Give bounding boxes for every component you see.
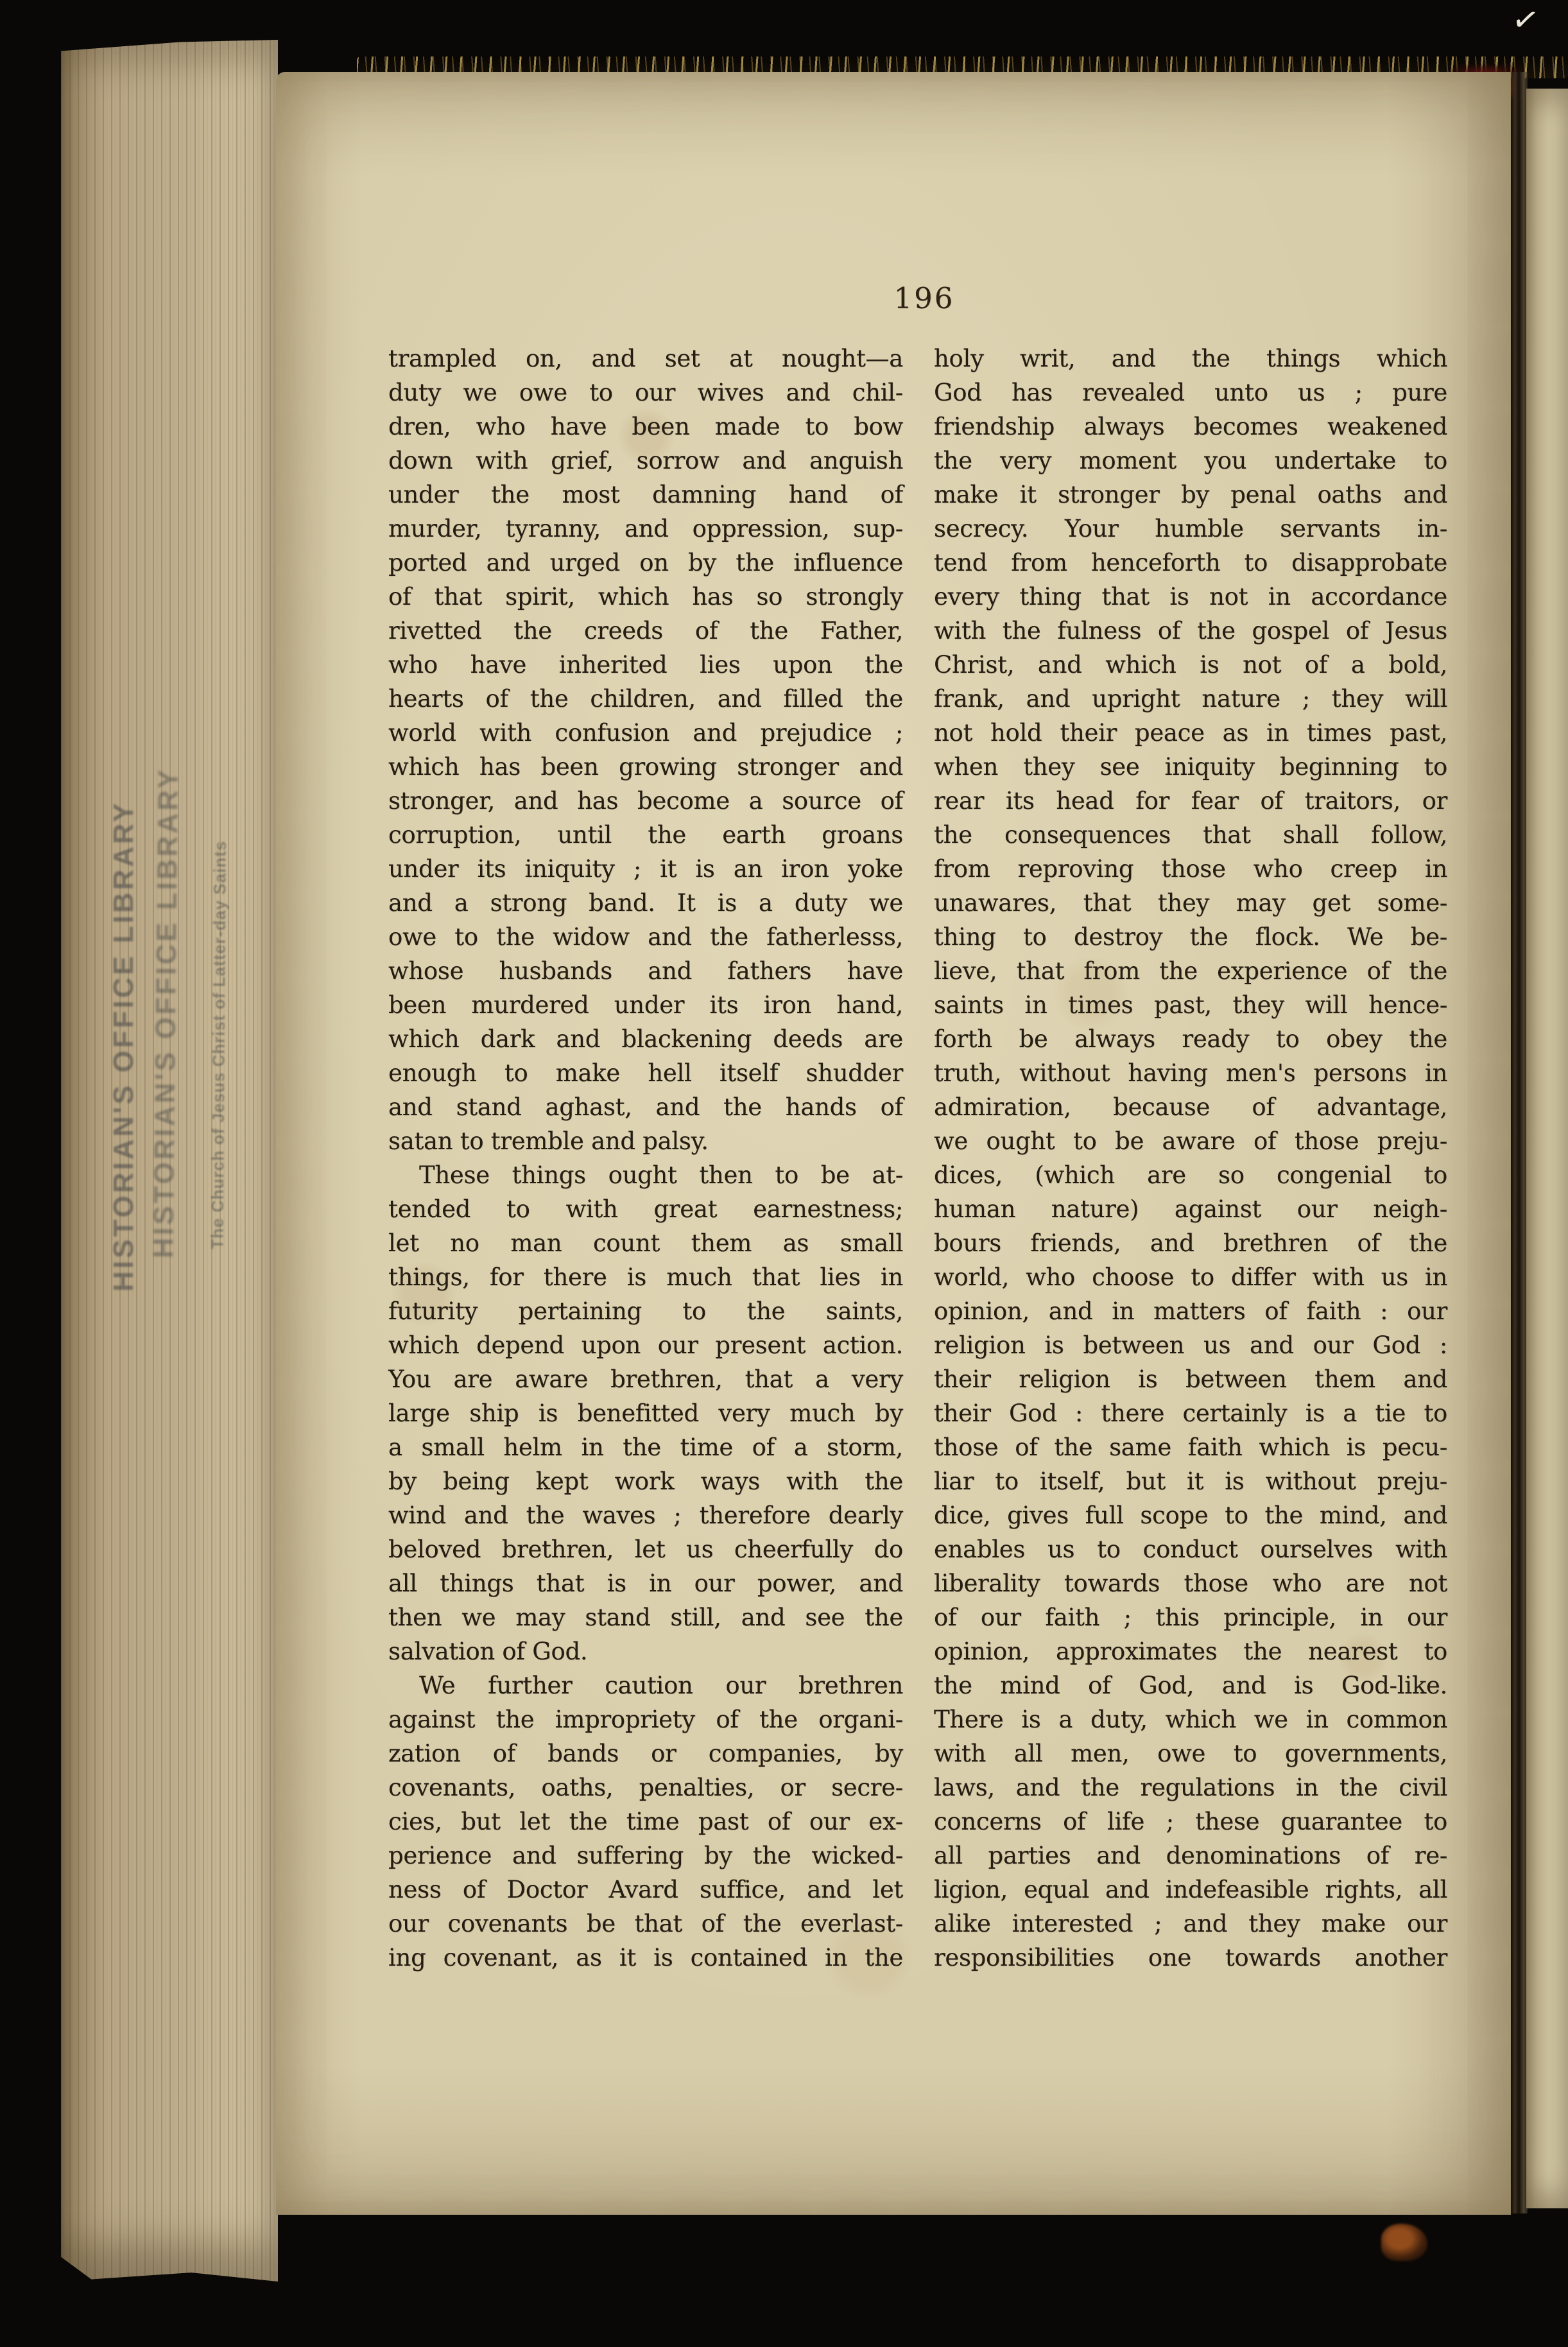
- text-line: zation of bands or companies, by: [388, 1736, 903, 1771]
- text-line: liar to itself, but it is without preju-: [934, 1464, 1447, 1498]
- text-line: stronger, and has become a source of: [388, 784, 903, 818]
- text-line: all things that is in our power, and: [388, 1566, 903, 1600]
- text-line: We further caution our brethren: [388, 1668, 903, 1702]
- text-line: duty we owe to our wives and chil-: [388, 376, 903, 410]
- text-line: whose husbands and fathers have: [388, 954, 903, 988]
- text-line: things, for there is much that lies in: [388, 1260, 903, 1294]
- text-line: thing to destroy the flock. We be-: [934, 920, 1447, 954]
- text-line: of that spirit, which has so strongly: [388, 580, 903, 614]
- text-line: tended to with great earnestness;: [388, 1192, 903, 1226]
- text-line: truth, without having men's persons in: [934, 1056, 1447, 1090]
- text-line: hearts of the children, and filled the: [388, 682, 903, 716]
- text-line: satan to tremble and palsy.: [388, 1124, 903, 1158]
- text-line: dices, (which are so congenial to: [934, 1158, 1447, 1192]
- cover-mark: [1381, 2224, 1427, 2261]
- book-gutter: [1508, 72, 1528, 2213]
- text-line: then we may stand still, and see the: [388, 1600, 903, 1634]
- text-line: murder, tyranny, and oppression, sup-: [388, 512, 903, 546]
- text-line: perience and suffering by the wicked-: [388, 1839, 903, 1873]
- text-line: owe to the widow and the fatherlesss,: [388, 920, 903, 954]
- text-line: dice, gives full scope to the mind, and: [934, 1498, 1447, 1532]
- text-line: enough to make hell itself shudder: [388, 1056, 903, 1090]
- text-line: beloved brethren, let us cheerfully do: [388, 1532, 903, 1566]
- text-line: cies, but let the time past of our ex-: [388, 1805, 903, 1839]
- text-line: the consequences that shall follow,: [934, 818, 1447, 852]
- text-line: salvation of God.: [388, 1634, 903, 1668]
- text-line: unawares, that they may get some-: [934, 886, 1447, 920]
- text-line: friendship always becomes weakened: [934, 410, 1447, 444]
- text-line: not hold their peace as in times past,: [934, 716, 1447, 750]
- text-line: let no man count them as small: [388, 1226, 903, 1260]
- text-line: the mind of God, and is God-like.: [934, 1668, 1447, 1702]
- text-line: down with grief, sorrow and anguish: [388, 444, 903, 478]
- handwritten-check-mark: ✓: [1509, 0, 1542, 40]
- text-line: a small helm in the time of a storm,: [388, 1430, 903, 1464]
- text-line: ligion, equal and indefeasible rights, a…: [934, 1873, 1447, 1907]
- text-line: which has been growing stronger and: [388, 750, 903, 784]
- next-page-edge: [1526, 89, 1568, 2208]
- text-line: futurity pertaining to the saints,: [388, 1294, 903, 1328]
- text-line: ing covenant, as it is contained in the: [388, 1941, 903, 1975]
- left-text-column: trampled on, and set at nought—aduty we …: [388, 342, 903, 1975]
- text-line: forth be always ready to obey the: [934, 1022, 1447, 1056]
- text-line: dren, who have been made to bow: [388, 410, 903, 444]
- text-line: with all men, owe to governments,: [934, 1736, 1447, 1771]
- text-line: corruption, until the earth groans: [388, 818, 903, 852]
- text-line: saints in times past, they will hence-: [934, 988, 1447, 1022]
- text-line: ness of Doctor Avard suffice, and let: [388, 1873, 903, 1907]
- text-line: responsibilities one towards another: [934, 1941, 1447, 1975]
- text-line: opinion, approximates the nearest to: [934, 1634, 1447, 1668]
- text-line: ported and urged on by the influence: [388, 546, 903, 580]
- text-line: human nature) against our neigh-: [934, 1192, 1447, 1226]
- text-line: concerns of life ; these guarantee to: [934, 1805, 1447, 1839]
- page-number: 196: [860, 281, 988, 315]
- text-line: their God : there certainly is a tie to: [934, 1396, 1447, 1430]
- text-line: rivetted the creeds of the Father,: [388, 614, 903, 648]
- text-line: tend from henceforth to disapprobate: [934, 546, 1447, 580]
- text-line: which dark and blackening deeds are: [388, 1022, 903, 1056]
- text-line: from reproving those who creep in: [934, 852, 1447, 886]
- text-line: when they see iniquity beginning to: [934, 750, 1447, 784]
- text-line: trampled on, and set at nought—a: [388, 342, 903, 376]
- text-line: rear its head for fear of traitors, or: [934, 784, 1447, 818]
- text-line: opinion, and in matters of faith : our: [934, 1294, 1447, 1328]
- text-line: make it stronger by penal oaths and: [934, 478, 1447, 512]
- right-text-column: holy writ, and the things whichGod has r…: [934, 342, 1447, 1975]
- text-line: every thing that is not in accordance: [934, 580, 1447, 614]
- text-line: Christ, and which is not of a bold,: [934, 648, 1447, 682]
- text-line: under its iniquity ; it is an iron yoke: [388, 852, 903, 886]
- text-line: lieve, that from the experience of the: [934, 954, 1447, 988]
- text-line: against the impropriety of the organi-: [388, 1702, 903, 1736]
- text-line: holy writ, and the things which: [934, 342, 1447, 376]
- text-line: all parties and denominations of re-: [934, 1839, 1447, 1873]
- text-line: admiration, because of advantage,: [934, 1090, 1447, 1124]
- text-line: God has revealed unto us ; pure: [934, 376, 1447, 410]
- text-line: of our faith ; this principle, in our: [934, 1600, 1447, 1634]
- text-line: There is a duty, which we in common: [934, 1702, 1447, 1736]
- text-line: religion is between us and our God :: [934, 1328, 1447, 1362]
- text-line: wind and the waves ; therefore dearly: [388, 1498, 903, 1532]
- text-line: alike interested ; and they make our: [934, 1907, 1447, 1941]
- text-line: those of the same faith which is pecu-: [934, 1430, 1447, 1464]
- text-line: our covenants be that of the everlast-: [388, 1907, 903, 1941]
- text-line: their religion is between them and: [934, 1362, 1447, 1396]
- text-line: large ship is benefitted very much by: [388, 1396, 903, 1430]
- text-line: frank, and upright nature ; they will: [934, 682, 1447, 716]
- text-line: and stand aghast, and the hands of: [388, 1090, 903, 1124]
- text-line: world with confusion and prejudice ;: [388, 716, 903, 750]
- text-line: under the most damning hand of: [388, 478, 903, 512]
- text-line: laws, and the regulations in the civil: [934, 1771, 1447, 1805]
- text-line: by being kept work ways with the: [388, 1464, 903, 1498]
- text-line: covenants, oaths, penalties, or secre-: [388, 1771, 903, 1805]
- text-line: enables us to conduct ourselves with: [934, 1532, 1447, 1566]
- text-line: been murdered under its iron hand,: [388, 988, 903, 1022]
- text-line: which depend upon our present action.: [388, 1328, 903, 1362]
- text-line: who have inherited lies upon the: [388, 648, 903, 682]
- text-line: bours friends, and brethren of the: [934, 1226, 1447, 1260]
- text-line: world, who choose to differ with us in: [934, 1260, 1447, 1294]
- text-line: and a strong band. It is a duty we: [388, 886, 903, 920]
- text-line: the very moment you undertake to: [934, 444, 1447, 478]
- book-fore-edge: [61, 40, 278, 2282]
- scanned-book-page: HISTORIAN'S OFFICE LIBRARY HISTORIAN'S O…: [0, 0, 1568, 2347]
- text-line: with the fulness of the gospel of Jesus: [934, 614, 1447, 648]
- text-line: These things ought then to be at-: [388, 1158, 903, 1192]
- text-line: You are aware brethren, that a very: [388, 1362, 903, 1396]
- text-line: we ought to be aware of those preju-: [934, 1124, 1447, 1158]
- text-line: secrecy. Your humble servants in-: [934, 512, 1447, 546]
- text-line: liberality towards those who are not: [934, 1566, 1447, 1600]
